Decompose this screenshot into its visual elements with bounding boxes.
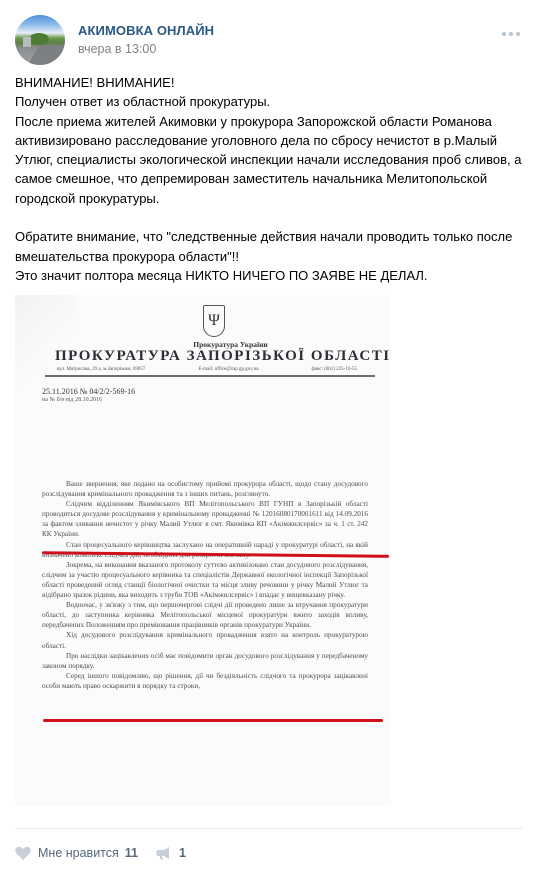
more-dots-icon: [502, 32, 506, 36]
share-button[interactable]: 1: [156, 846, 186, 860]
post-paragraph-2: Обратите внимание, что "следственные дей…: [15, 227, 525, 285]
author-name-link[interactable]: АКИМОВКА ОНЛАЙН: [78, 23, 214, 38]
more-dots-icon: [509, 32, 513, 36]
more-dots-icon: [516, 32, 520, 36]
doc-email: E-mail: office@zap.gp.gov.ua: [198, 367, 258, 372]
doc-fax: факс: (061) 225-10-55: [311, 367, 357, 372]
heart-icon: [15, 846, 31, 860]
doc-ref-incoming: на № б/н від 28.10.2016: [42, 397, 102, 403]
doc-body: Ваше звернення, яке подано на особистому…: [42, 479, 368, 691]
doc-paragraph: Водночас, у зв'язку з тим, що першочерго…: [42, 600, 368, 630]
like-button[interactable]: Мне нравится 11: [15, 846, 138, 860]
avatar[interactable]: [15, 15, 65, 65]
doc-header-rule: [45, 375, 375, 377]
post-timestamp[interactable]: вчера в 13:00: [78, 42, 156, 56]
doc-paragraph: Хід досудового розслідування кримінально…: [42, 630, 368, 650]
doc-address-line: вул. Матросова, 29 а, м.Запоріжжя, 69057…: [57, 367, 357, 372]
doc-paragraph: Слідчим відділенням Якимівського ВП Мелі…: [42, 499, 368, 539]
post-actions: Мне нравится 11 1: [15, 844, 186, 862]
doc-paragraph: Ваше звернення, яке подано на особистому…: [42, 479, 368, 499]
like-label: Мне нравится: [38, 846, 119, 860]
doc-paragraph: Серед іншого повідомляю, що рішення, дії…: [42, 671, 368, 691]
more-options-button[interactable]: [500, 29, 522, 39]
doc-paragraph: Зокрема, на виконання вказаного протокол…: [42, 560, 368, 600]
doc-address: вул. Матросова, 29 а, м.Запоріжжя, 69057: [57, 367, 145, 372]
post-header: АКИМОВКА ОНЛАЙН вчера в 13:00: [15, 15, 522, 65]
post-divider: [15, 828, 522, 829]
like-count: 11: [125, 846, 138, 860]
megaphone-icon: [156, 846, 172, 860]
avatar-building: [23, 37, 31, 47]
doc-ref-number: 25.11.2016 № 04/2/2-569-16: [42, 387, 135, 396]
avatar-tree: [29, 33, 49, 45]
avatar-road: [27, 45, 65, 65]
doc-paragraph: Про наслідки зацікавлених осіб має повід…: [42, 651, 368, 671]
post-text: ВНИМАНИЕ! ВНИМАНИЕ! Получен ответ из обл…: [15, 73, 525, 285]
red-underline-2: [43, 719, 383, 722]
attached-document-photo[interactable]: Ψ Прокуратура України ПРОКУРАТУРА ЗАПОРІ…: [15, 295, 391, 806]
doc-org-title: ПРОКУРАТУРА ЗАПОРІЗЬКОЇ ОБЛАСТІ: [55, 348, 391, 365]
share-count: 1: [179, 846, 186, 860]
post-paragraph-1: ВНИМАНИЕ! ВНИМАНИЕ! Получен ответ из обл…: [15, 73, 525, 208]
trident-emblem-icon: Ψ: [203, 305, 225, 337]
